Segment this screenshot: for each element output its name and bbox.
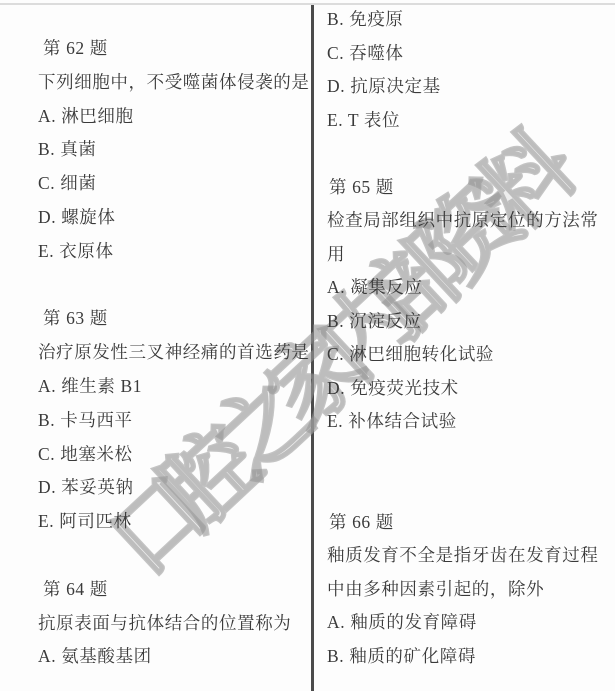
option-item: A. 氨基酸基团	[38, 644, 310, 678]
question-text: 釉质发育不全是指牙齿在发育过程	[327, 543, 613, 577]
option-item: D. 苯妥英钠	[38, 475, 310, 509]
option-item: E. 补体结合试验	[327, 409, 613, 443]
option-item: E. 衣原体	[38, 239, 310, 273]
option-item: B. 免疫原	[327, 7, 613, 41]
question-text: 治疗原发性三叉神经痛的首选药是	[38, 340, 310, 374]
exam-document-page: 口腔之家内部资料 第 62 题下列细胞中，不受噬菌体侵袭的是A. 淋巴细胞B. …	[0, 0, 615, 691]
question-text: 下列细胞中，不受噬菌体侵袭的是	[38, 70, 310, 104]
line-spacer	[38, 543, 310, 577]
option-item: B. 釉质的矿化障碍	[327, 644, 613, 678]
option-item: C. 淋巴细胞转化试验	[327, 342, 613, 376]
question-number: 第 63 题	[38, 306, 310, 340]
question-number: 第 65 题	[327, 175, 613, 209]
option-item: B. 卡马西平	[38, 408, 310, 442]
option-item: A. 维生素 B1	[38, 374, 310, 408]
line-spacer	[327, 476, 613, 510]
question-text: 中由多种因素引起的，除外	[327, 577, 613, 611]
question-text: 用	[327, 242, 613, 276]
question-text: 检查局部组织中抗原定位的方法常	[327, 208, 613, 242]
option-item: C. 地塞米松	[38, 442, 310, 476]
option-item: C. 吞噬体	[327, 41, 613, 75]
option-item: B. 沉淀反应	[327, 309, 613, 343]
question-number: 第 64 题	[38, 577, 310, 611]
question-text: 抗原表面与抗体结合的位置称为	[38, 611, 310, 645]
question-number: 第 62 题	[38, 36, 310, 70]
left-column: 第 62 题下列细胞中，不受噬菌体侵袭的是A. 淋巴细胞B. 真菌C. 细菌D.…	[38, 0, 310, 678]
option-item: A. 凝集反应	[327, 275, 613, 309]
line-spacer	[38, 273, 310, 307]
option-item: D. 螺旋体	[38, 205, 310, 239]
right-column: B. 免疫原C. 吞噬体D. 抗原决定基E. T 表位第 65 题检查局部组织中…	[327, 0, 613, 677]
option-item: E. T 表位	[327, 108, 613, 142]
option-item: E. 阿司匹林	[38, 509, 310, 543]
line-spacer	[327, 443, 613, 477]
option-item: D. 免疫荧光技术	[327, 376, 613, 410]
option-item: C. 细菌	[38, 171, 310, 205]
question-number: 第 66 题	[327, 510, 613, 544]
column-divider-line	[311, 5, 314, 691]
option-item: D. 抗原决定基	[327, 74, 613, 108]
option-item: B. 真菌	[38, 137, 310, 171]
option-item: A. 淋巴细胞	[38, 104, 310, 138]
option-item: A. 釉质的发育障碍	[327, 610, 613, 644]
line-spacer	[327, 141, 613, 175]
